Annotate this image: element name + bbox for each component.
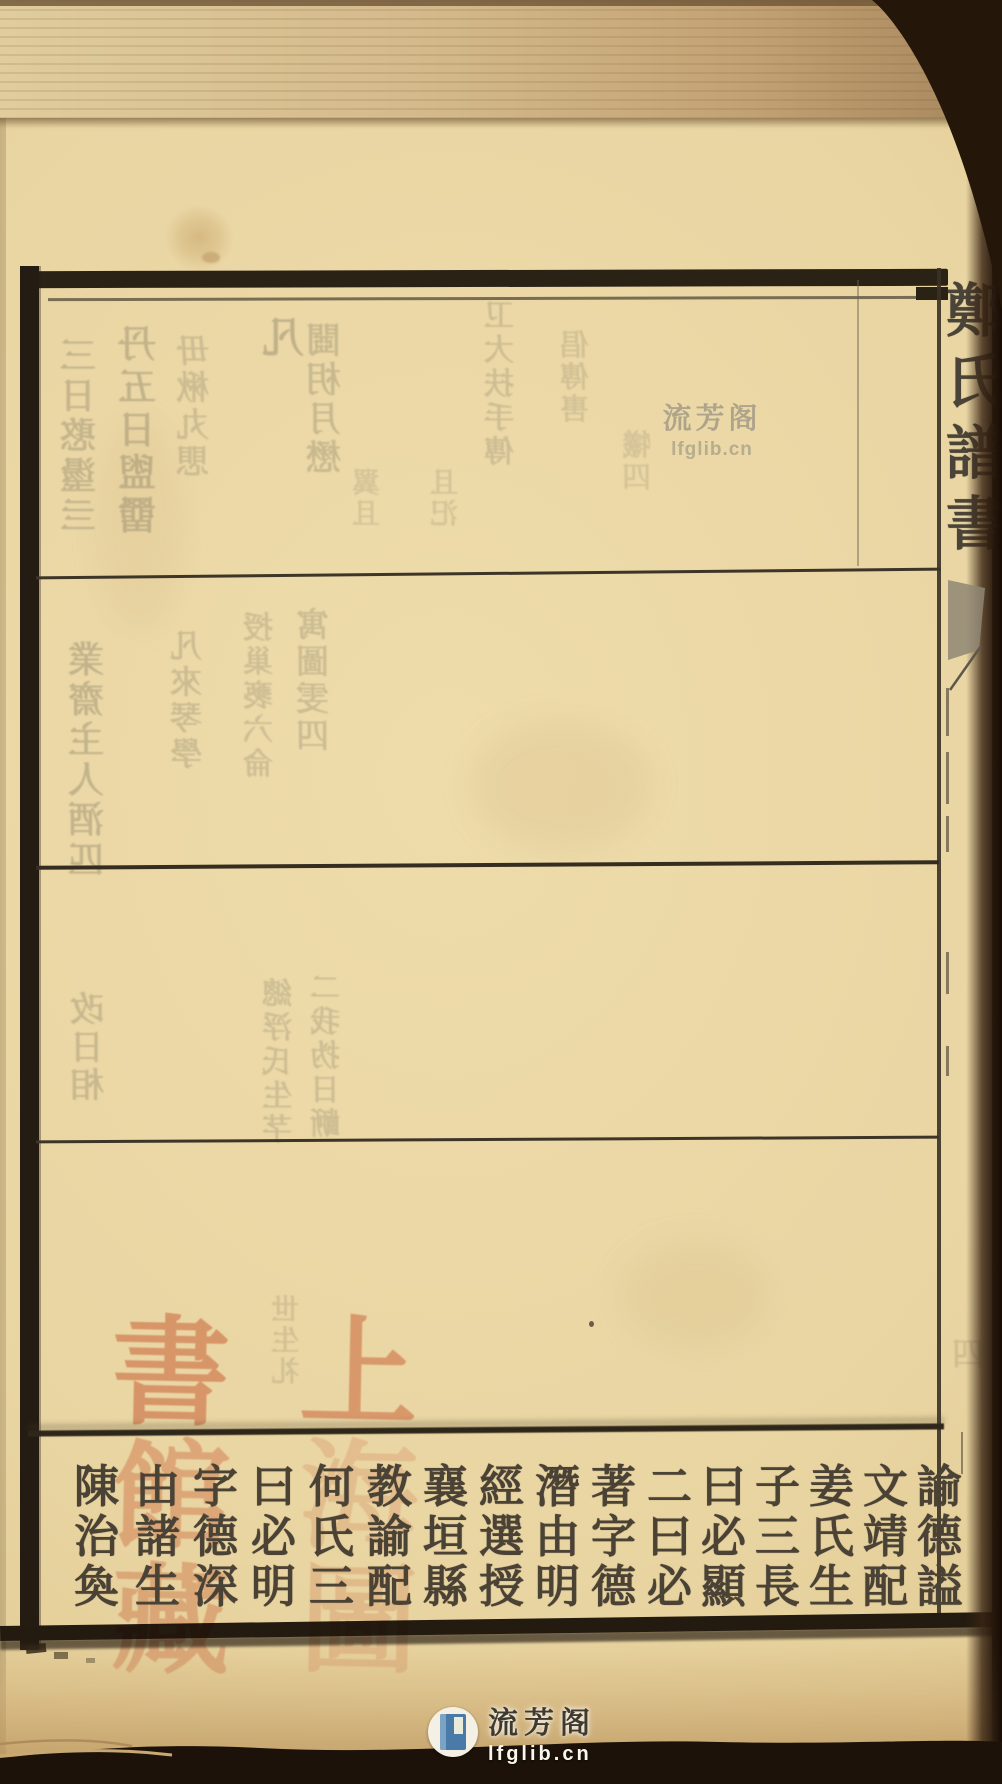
ink-speck — [589, 1321, 594, 1327]
genealogy-column: 由 諸 生 — [135, 1462, 180, 1612]
bleedthrough-text-column: 授 巢 褻 六 侖 — [243, 612, 273, 782]
bleedthrough-text-column: 業 齋 主 人 酒 匹 — [68, 640, 104, 880]
table-top-border — [22, 269, 948, 288]
bleedthrough-text-column: 翼 且 — [352, 468, 380, 530]
bleedthrough-text-column: 寓 圖 雯 四 — [296, 608, 329, 756]
margin-dashed-line — [946, 952, 949, 994]
genealogy-column: 經 選 授 — [479, 1462, 524, 1612]
watermark-circle — [428, 1707, 478, 1757]
genealogy-column: 陳 治 奐 — [74, 1462, 119, 1612]
watermark-domain-text: lfglib.cn — [642, 439, 782, 461]
paper-mottling — [620, 1240, 770, 1350]
spine-title-char: 鄭 — [946, 280, 1002, 344]
genealogy-column: 曰 必 明 — [251, 1462, 296, 1612]
bleedthrough-text-column: 且 汜 — [430, 468, 458, 530]
book-fore-edge-strip — [0, 0, 1002, 122]
genealogy-column: 姜 氏 生 — [809, 1462, 854, 1612]
book-icon-spine — [440, 1714, 446, 1750]
bleedthrough-text-column: 改 日 相 — [70, 992, 104, 1106]
genealogy-column: 教 諭 配 — [367, 1462, 412, 1612]
photo-top-edge — [0, 0, 1002, 6]
bleedthrough-text-column: 丹 五 日 盥 羀 — [118, 324, 156, 539]
watermark-top: 流芳阁 lfglib.cn — [642, 396, 782, 461]
margin-dashed-line — [946, 688, 949, 736]
margin-dashed-line — [946, 752, 949, 804]
genealogy-column: 著 字 德 — [591, 1462, 636, 1612]
bleedthrough-text-column: 倡 傳 軎 — [560, 330, 589, 426]
genealogy-column: 文 靖 配 — [863, 1462, 908, 1612]
watermark-text-block: 流芳阁 lfglib.cn — [488, 1698, 596, 1766]
genealogy-column: 諭 德 謚 — [917, 1462, 962, 1612]
page-top-shadow — [0, 118, 1002, 128]
genealogy-column: 何 氏 三 — [309, 1462, 354, 1612]
bleedthrough-text-column: 毌 楸 丸 愳 — [176, 334, 209, 482]
page-left-edge — [0, 118, 6, 1758]
watermark-bottom: 流芳阁 lfglib.cn — [428, 1698, 596, 1766]
bleedthrough-text-column: 閸 枂 月 懋 — [306, 322, 341, 478]
margin-dashed-line — [946, 1046, 949, 1076]
bleedthrough-text-column: 四 — [952, 1336, 984, 1372]
spine-title-char: 書 — [946, 493, 1002, 557]
genealogy-column: 字 德 深 — [193, 1462, 238, 1612]
spine-title-char: 氏 — [946, 351, 1002, 415]
bleedthrough-text-column: 二 我 㧑 日 齭 — [310, 972, 340, 1142]
book-icon — [440, 1714, 466, 1750]
genealogy-column: 曰 必 顯 — [701, 1462, 746, 1612]
margin-dashed-line — [946, 816, 949, 852]
watermark-domain-text: lfglib.cn — [488, 1743, 596, 1766]
genealogy-column: 子 三 長 — [755, 1462, 800, 1612]
scanned-book-photo: 三 日 憨 璗 亖丹 五 日 盥 羀毌 楸 丸 愳凡閸 枂 月 懋翼 且卫 大 … — [0, 0, 1002, 1784]
spine-title-char: 譜 — [946, 422, 1002, 486]
genealogy-column: 潛 由 明 — [535, 1462, 580, 1612]
table-top-border-end — [916, 287, 948, 300]
genealogy-column: 襄 垣 縣 — [423, 1462, 468, 1612]
bleedthrough-text-column: 三 日 憨 璗 亖 — [60, 336, 96, 536]
book-icon-label — [454, 1717, 463, 1734]
paper-stain-small — [202, 252, 220, 263]
paper-mottling — [470, 720, 650, 850]
bleedthrough-text-column: 凡 來 琴 學 — [170, 628, 202, 772]
genealogy-column: 二 曰 必 — [647, 1462, 692, 1612]
bleedthrough-text-column: 卫 大 扶 手 傳 — [484, 300, 514, 470]
bleedthrough-text-column: 總 浮 氏 生 芓 — [262, 978, 292, 1148]
margin-column-line — [857, 280, 859, 566]
bleedthrough-text-column: 世 生 礼 — [271, 1295, 299, 1388]
table-right-border — [937, 268, 941, 1616]
watermark-brand-text: 流芳阁 — [642, 396, 782, 437]
table-left-border — [20, 266, 39, 1650]
watermark-brand-text: 流芳阁 — [488, 1698, 596, 1742]
bleedthrough-text-column: 凡 — [262, 316, 304, 363]
